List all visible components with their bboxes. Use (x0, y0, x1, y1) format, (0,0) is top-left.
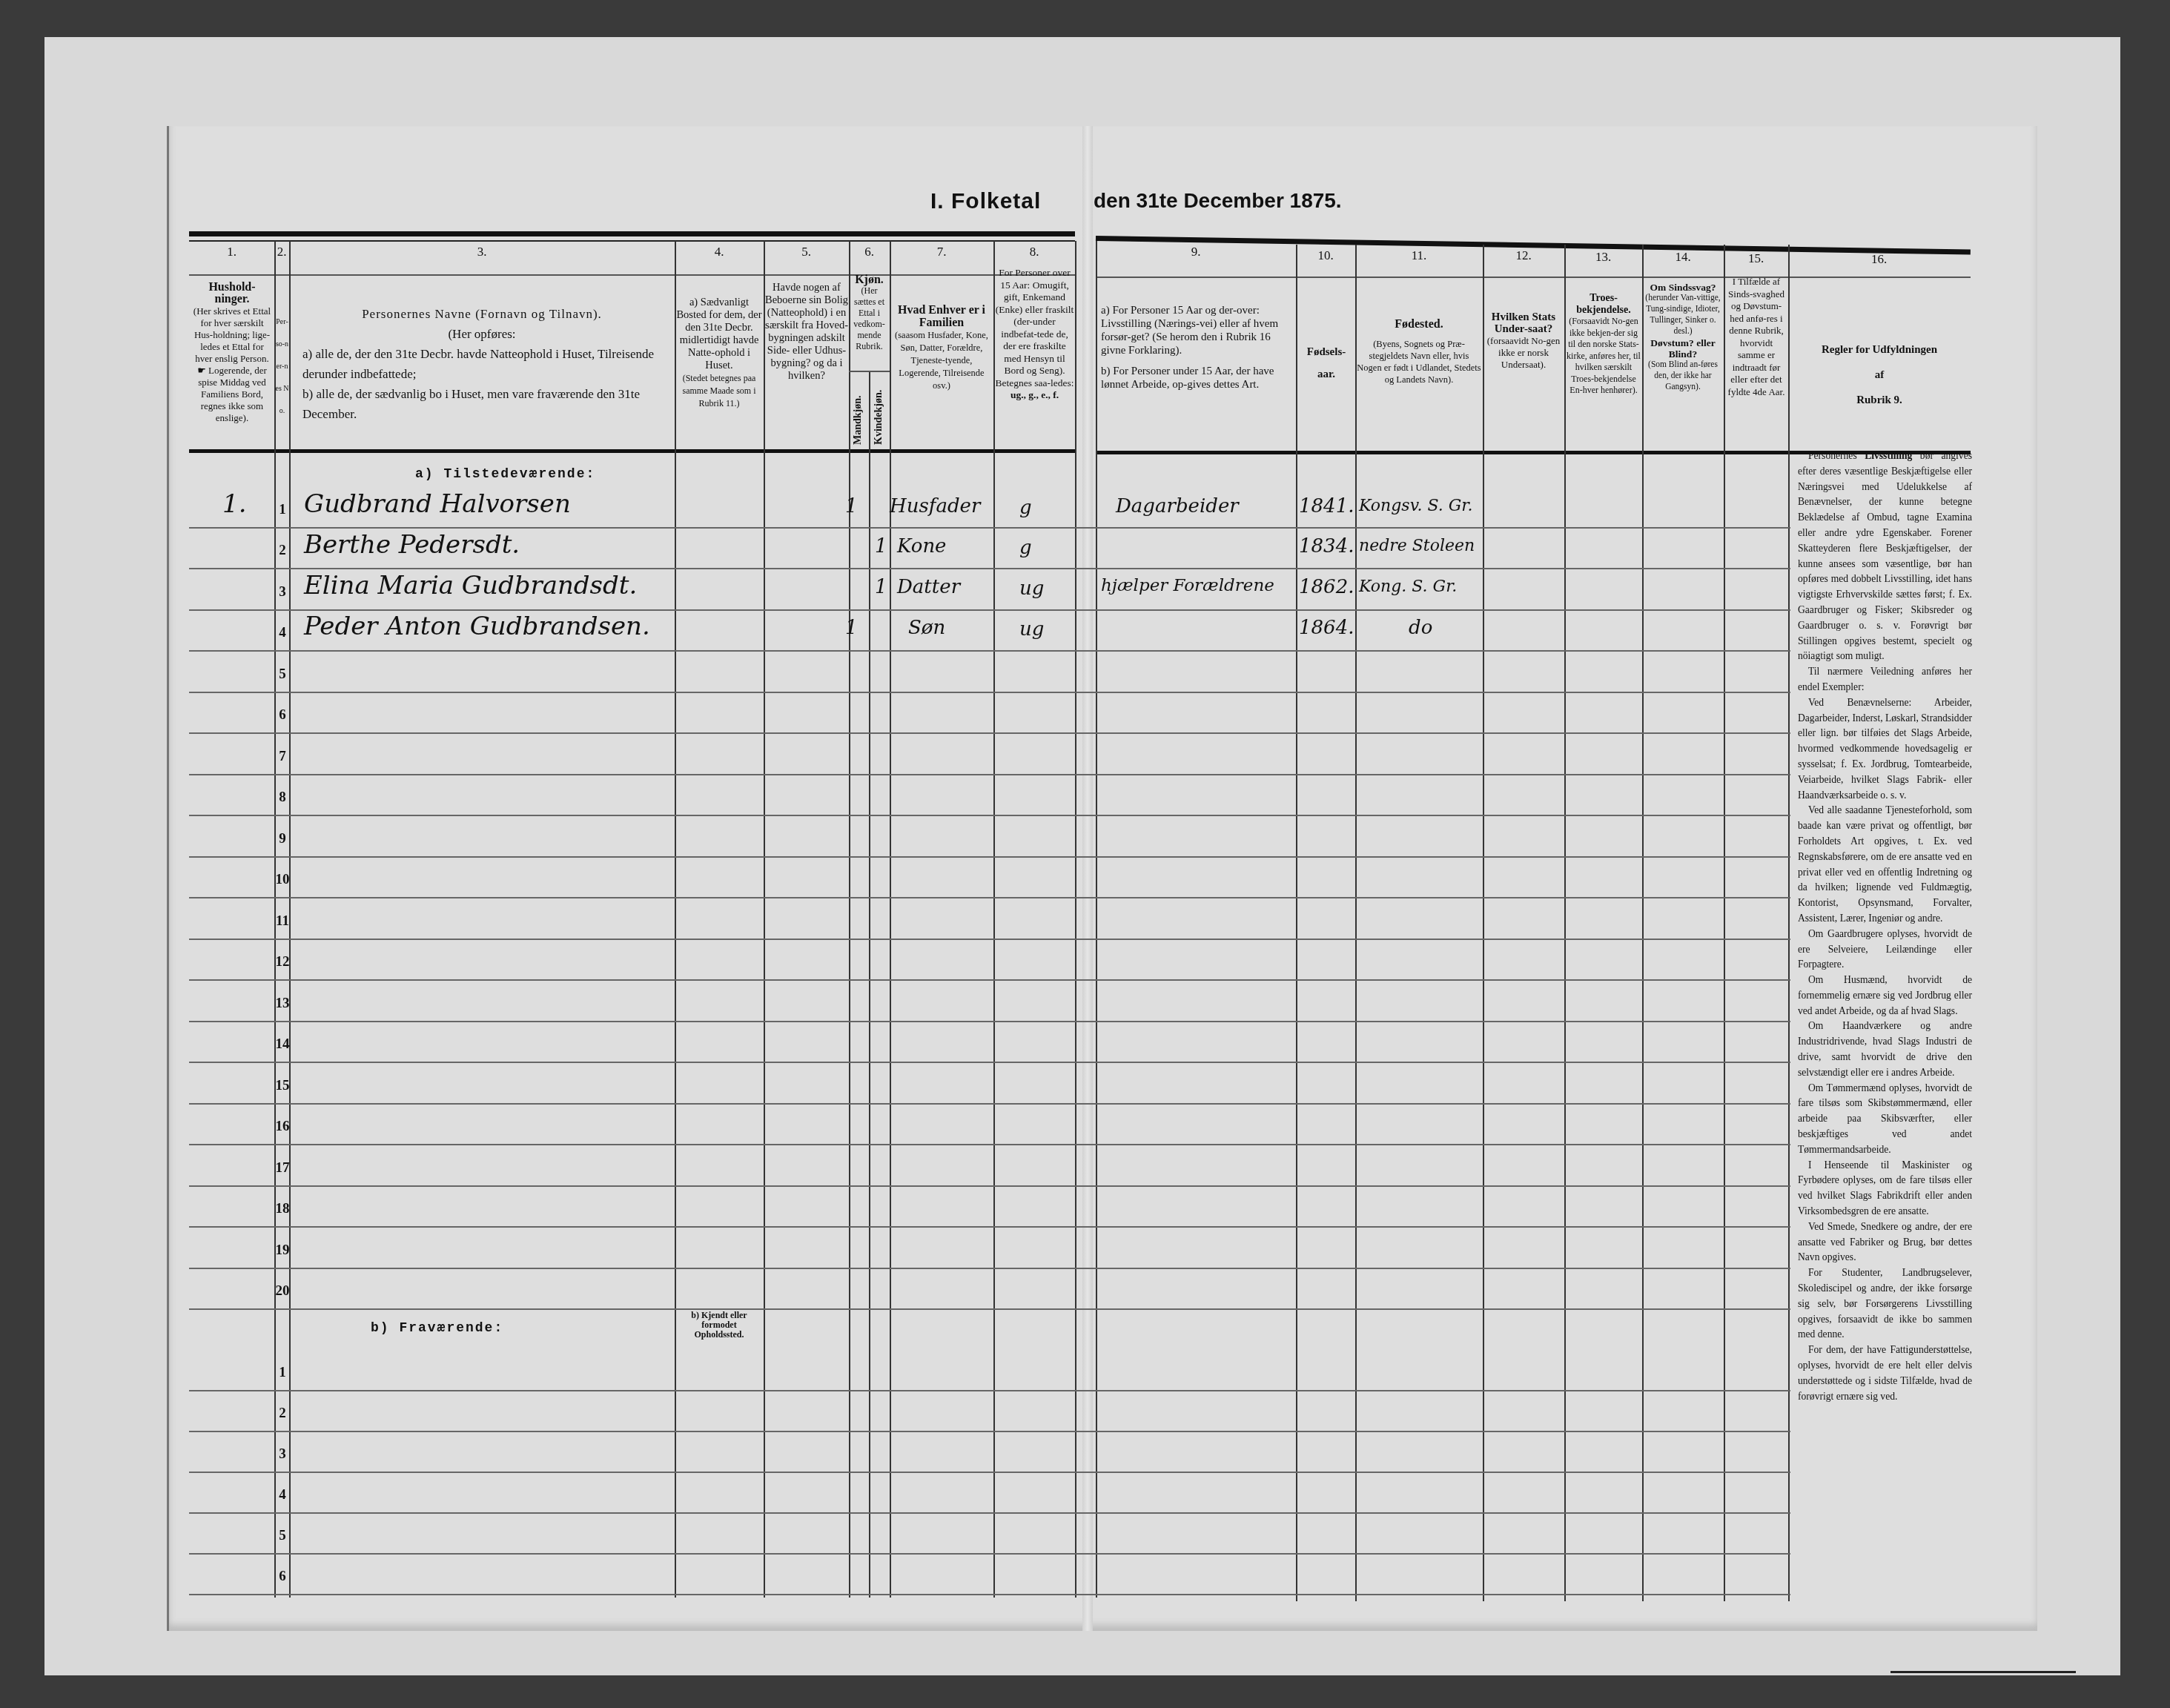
row-number: 2 (274, 543, 291, 559)
household-mark: 1. (222, 489, 246, 519)
row-rule (189, 1594, 1790, 1595)
col-divider (993, 241, 995, 1598)
col3-subtitle: (Her opføres: (297, 324, 667, 344)
col-divider (849, 241, 850, 1598)
row-rule (189, 692, 1790, 693)
rule-paragraph: Om Tømmermænd oplyses, hvorvidt de fare … (1798, 1081, 1972, 1158)
row-rule (189, 1431, 1790, 1432)
rule-paragraph: Til nærmere Veiledning anføres her endel… (1798, 664, 1972, 695)
rule-paragraph: For dem, der have Fattigunderstøttelse, … (1798, 1343, 1972, 1404)
col13-note: (Forsaavidt No-gen ikke bekjen-der sig t… (1566, 316, 1641, 397)
col-num-14: 14. (1642, 250, 1724, 265)
row-number: 1 (274, 502, 291, 518)
col10-header: Fødsels- aar. (1297, 341, 1355, 385)
col1-title-b: ninger. (191, 294, 273, 305)
rule-paragraph: Om Husmænd, hvorvidt de fornemmelig ernæ… (1798, 973, 1972, 1019)
row-rule (189, 1472, 1790, 1473)
row-rule (189, 1103, 1790, 1105)
col-divider (1642, 245, 1644, 1601)
col8-legend: Betegnes saa-ledes: (995, 377, 1074, 390)
marital-status: ug (1019, 618, 1044, 640)
col-num-5: 5. (764, 245, 849, 259)
person-name: Berthe Pedersdt. (304, 530, 520, 560)
male-mark: 1 (845, 617, 858, 639)
form-title-right: den 31te December 1875. (1094, 189, 1342, 213)
family-role: Husfader (890, 495, 980, 517)
birth-year: 1864. (1299, 617, 1354, 639)
col13-title: Troes-bekjendelse. (1566, 293, 1641, 316)
person-name: Elina Maria Gudbrandsdt. (304, 571, 637, 600)
row-number: 6 (274, 707, 291, 724)
female-mark: 1 (875, 535, 887, 557)
family-role: Kone (897, 535, 947, 557)
col1-header: Hushold- ninger. (Her skrives et Ettal f… (191, 282, 273, 424)
rule-paragraph: Om Haandværkere og andre Industridrivend… (1798, 1019, 1972, 1080)
col13-header: Troes-bekjendelse. (Forsaavidt No-gen ik… (1566, 293, 1641, 397)
col-num-11: 11. (1355, 248, 1483, 263)
col-divider (1724, 245, 1725, 1601)
col-divider (1096, 241, 1097, 1598)
row-number: 3 (274, 1446, 291, 1463)
col12-note: (forsaavidt No-gen ikke er norsk Undersa… (1484, 335, 1563, 371)
col4-header: a) Sædvanligt Bosted for dem, der den 31… (676, 297, 762, 410)
birth-year: 1841. (1299, 495, 1354, 517)
col9-rule-b: b) For Personer under 15 Aar, der have l… (1101, 365, 1292, 391)
col3-title: Personernes Navne (Fornavn og Tilnavn). (297, 304, 667, 324)
birthplace: Kongsv. S. Gr. (1359, 497, 1472, 515)
row-number: 20 (274, 1283, 291, 1300)
rule-paragraph: Ved Benævnelserne: Arbeider, Dagarbeider… (1798, 695, 1972, 804)
row-rule (189, 1553, 1790, 1555)
col14-title-b: Døvstum? eller Blind? (1644, 337, 1722, 360)
col10-title-a: Fødsels- (1297, 341, 1355, 363)
row-rule (189, 1512, 1790, 1514)
row-rule (189, 1390, 1790, 1391)
col8-codes: ug., g., e., f. (995, 389, 1074, 402)
birth-year: 1862. (1299, 576, 1354, 598)
row-number: 18 (274, 1201, 291, 1217)
row-rule (189, 732, 1790, 734)
row-rule (189, 527, 1790, 529)
row-rule (189, 815, 1790, 816)
row-rule (189, 897, 1790, 898)
row-rule (189, 856, 1790, 858)
row-number: 1 (274, 1365, 291, 1381)
row-number: 7 (274, 749, 291, 765)
col-num-9: 9. (1096, 245, 1296, 259)
male-mark: 1 (845, 495, 858, 517)
col14-note-a: (herunder Van-vittige, Tung-sindige, Idi… (1644, 293, 1722, 337)
rubrik9-rules-text: Personernes Livsstilling bør angives eft… (1798, 448, 1972, 1404)
col7-header: Hvad Enhver er i Familien (saasom Husfad… (891, 304, 992, 392)
col14-title-a: Om Sindssvag? (1644, 282, 1722, 293)
birthplace: nedre Stoleen (1359, 537, 1475, 555)
occupation: hjælper Forældrene (1101, 576, 1274, 595)
section-present-label: a) Tilstedeværende: (415, 467, 595, 482)
row-number: 9 (274, 831, 291, 847)
col1-note: ☛ Logerende, der spise Middag ved Famili… (191, 365, 273, 424)
col11-header: Fødested. (Byens, Sognets og Præ-stegjel… (1357, 319, 1481, 385)
rule-paragraph: Personernes Livsstilling bør angives eft… (1798, 448, 1972, 664)
col15-header: I Tilfælde af Sinds-svaghed og Døvstum-h… (1725, 276, 1787, 398)
row-rule (189, 1268, 1790, 1269)
top-rule-left-thin (189, 240, 1075, 242)
col14-header: Om Sindssvag? (herunder Van-vittige, Tun… (1644, 282, 1722, 393)
row-rule (189, 568, 1790, 569)
col16-title: Regler for Udfyldningen (1790, 337, 1968, 363)
signature-scribble (1891, 1661, 2076, 1673)
col16-title-af: af (1790, 363, 1968, 388)
col7-note: (saasom Husfader, Kone, Søn, Datter, For… (891, 329, 992, 392)
row-rule (189, 650, 1790, 652)
marital-status: g (1019, 497, 1032, 519)
col16-header: Regler for Udfyldningen af Rubrik 9. (1790, 337, 1968, 413)
col6-header: Kjøn. (Her sættes et Ettal i vedkom-mend… (850, 274, 889, 352)
col-num-12: 12. (1483, 248, 1564, 263)
colnum-rule-right (1096, 277, 1971, 278)
row-number: 5 (274, 666, 291, 683)
row-number: 4 (274, 625, 291, 641)
row-number: 4 (274, 1487, 291, 1503)
col12-title: Hvilken Stats Under-saat? (1484, 311, 1563, 335)
colnum-rule-left (189, 274, 1075, 276)
row-number: 15 (274, 1078, 291, 1094)
row-rule (189, 774, 1790, 775)
rule-paragraph: Ved alle saadanne Tjenesteforhold, som b… (1798, 803, 1972, 926)
row-number: 13 (274, 996, 291, 1012)
col4-absent-header: b) Kjendt eller formodet Opholdssted. (676, 1311, 762, 1340)
female-mark: 1 (875, 576, 887, 598)
col12-header: Hvilken Stats Under-saat? (forsaavidt No… (1484, 311, 1563, 371)
col5-header: Havde nogen af Beboerne sin Bolig (Natte… (765, 282, 848, 383)
row-rule (189, 1308, 1790, 1310)
col-num-15: 15. (1724, 251, 1788, 266)
birthplace: Kong. S. Gr. (1359, 577, 1457, 596)
col6-sub-female: Kvindekjøn. (873, 385, 885, 445)
birthplace: do (1409, 617, 1432, 639)
row-number: 3 (274, 584, 291, 600)
col-divider (675, 241, 676, 1598)
col-num-3: 3. (289, 245, 675, 259)
col9-header: a) For Personer 15 Aar og der-over: Livs… (1101, 304, 1292, 391)
col9-rule-a: a) For Personer 15 Aar og der-over: Livs… (1101, 304, 1292, 357)
form-title-left: I. Folketal (930, 189, 1041, 214)
col11-title: Fødested. (1357, 319, 1481, 331)
top-rule-left (189, 231, 1075, 236)
row-number: 11 (274, 913, 291, 930)
row-number: 5 (274, 1528, 291, 1544)
col-divider (1788, 245, 1790, 1601)
col3-header: Personernes Navne (Fornavn og Tilnavn). … (297, 304, 667, 424)
page-fold (1082, 126, 1093, 1631)
col6-sub-male: Mandkjøn. (853, 385, 864, 445)
col-divider (1355, 245, 1357, 1601)
col-divider (1564, 245, 1566, 1601)
col-num-2: 2. (274, 245, 289, 259)
col-num-6: 6. (849, 245, 890, 259)
row-rule (189, 1021, 1790, 1022)
row-number: 17 (274, 1160, 291, 1176)
col16-title-rubrik: Rubrik 9. (1790, 388, 1968, 413)
col10-title-b: aar. (1297, 363, 1355, 385)
row-number: 6 (274, 1569, 291, 1585)
col3-rule-b: b) alle de, der sædvanlig bo i Huset, me… (297, 384, 667, 424)
row-number: 2 (274, 1406, 291, 1422)
birth-year: 1834. (1299, 535, 1354, 557)
col1-title-a: Hushold- (191, 282, 273, 294)
col-divider (869, 371, 870, 1598)
person-name: Peder Anton Gudbrandsen. (304, 612, 650, 641)
col8-title: For Personer over 15 Aar: Omugift, gift,… (995, 267, 1074, 377)
col-num-1: 1. (189, 245, 274, 259)
row-rule (189, 609, 1790, 611)
col4-note: (Stedet betegnes paa samme Maade som i R… (676, 372, 762, 410)
col8-header: For Personer over 15 Aar: Omugift, gift,… (995, 267, 1074, 402)
col-divider (890, 241, 891, 1598)
col1-instructions: (Her skrives et Ettal for hver særskilt … (191, 305, 273, 365)
family-role: Datter (897, 576, 960, 598)
col-num-13: 13. (1564, 250, 1642, 265)
col7-title: Hvad Enhver er i Familien (891, 304, 992, 329)
row-rule (189, 1144, 1790, 1145)
row-number: 10 (274, 872, 291, 888)
col-divider (764, 241, 765, 1598)
col14-note-b: (Som Blind an-føres den, der ikke har Ga… (1644, 360, 1722, 393)
col3-rule-a: a) alle de, der den 31te Decbr. havde Na… (297, 344, 667, 384)
marital-status: g (1019, 537, 1032, 559)
col6-note: (Her sættes et Ettal i vedkom-mende Rubr… (850, 285, 889, 352)
col11-note: (Byens, Sognets og Præ-stegjeldets Navn … (1357, 338, 1481, 385)
col-divider (1483, 245, 1484, 1601)
rule-paragraph: Om Gaardbrugere oplyses, hvorvidt de ere… (1798, 927, 1972, 973)
header-bottom-rule-left (189, 449, 1075, 453)
family-role: Søn (908, 617, 945, 639)
row-rule (189, 939, 1790, 940)
col-num-8: 8. (993, 245, 1075, 259)
row-number: 12 (274, 954, 291, 970)
occupation: Dagarbeider (1116, 495, 1239, 517)
rule-paragraph: I Henseende til Maskinister og Fyrbødere… (1798, 1158, 1972, 1219)
col2-header: Per-so-ner-nes No. (275, 311, 289, 423)
col4-title: a) Sædvanligt Bosted for dem, der den 31… (676, 297, 762, 372)
person-name: Gudbrand Halvorsen (304, 489, 571, 519)
col-num-4: 4. (675, 245, 764, 259)
row-rule (189, 979, 1790, 981)
row-number: 19 (274, 1242, 291, 1259)
col-num-7: 7. (890, 245, 993, 259)
row-number: 16 (274, 1119, 291, 1135)
row-rule (189, 1226, 1790, 1228)
col-num-16: 16. (1788, 252, 1970, 267)
rule-paragraph: For Studenter, Landbrugselever, Skoledis… (1798, 1265, 1972, 1343)
rule-paragraph: Ved Smede, Snedkere og andre, der ere an… (1798, 1219, 1972, 1265)
row-number: 8 (274, 790, 291, 806)
col-divider (1296, 245, 1297, 1601)
marital-status: ug (1019, 577, 1044, 600)
row-number: 14 (274, 1036, 291, 1053)
kjon-subdivider (849, 371, 890, 372)
col-divider (1075, 241, 1076, 1598)
row-rule (189, 1062, 1790, 1063)
col6-title: Kjøn. (850, 274, 889, 285)
section-absent-label: b) Fraværende: (371, 1321, 503, 1336)
col-num-10: 10. (1296, 248, 1355, 263)
row-rule (189, 1185, 1790, 1187)
